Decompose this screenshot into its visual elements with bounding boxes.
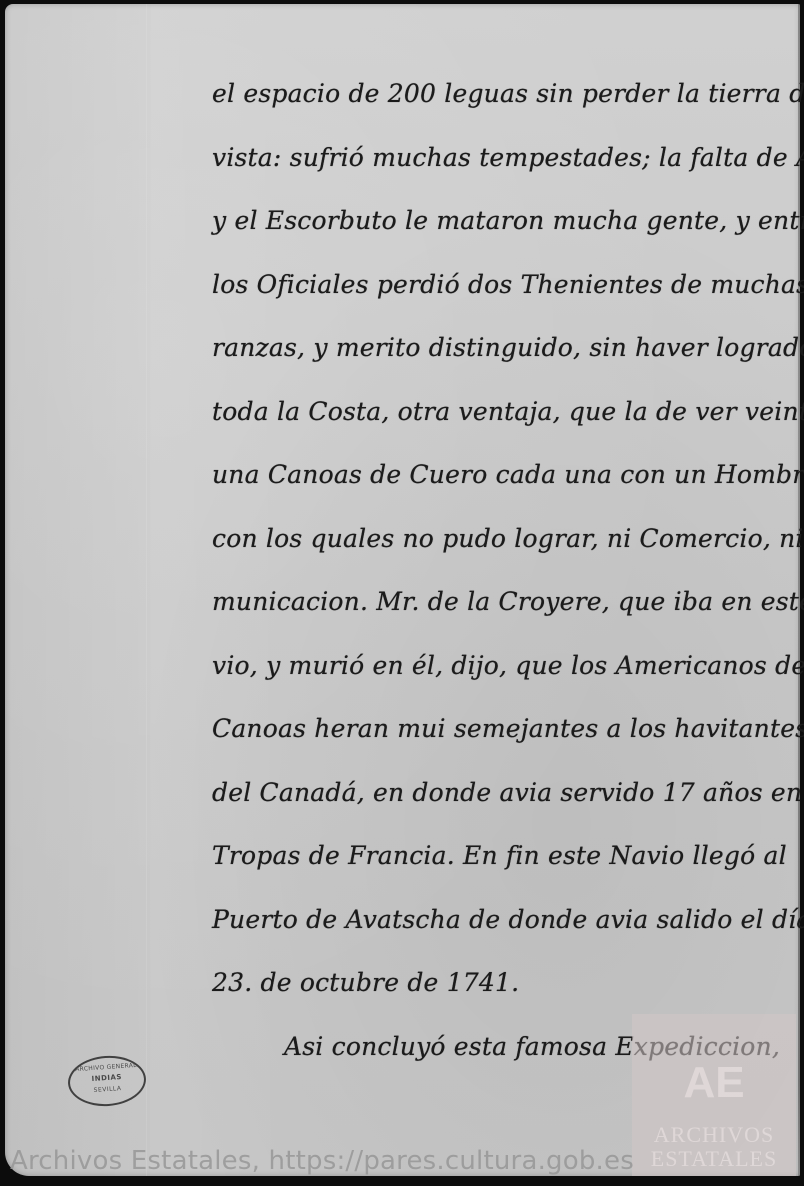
manuscript-line: y el Escorbuto le mataron mucha gente, y… (212, 199, 802, 263)
logo-mark-icon: AE (656, 1054, 772, 1112)
manuscript-line: toda la Costa, otra ventaja, que la de v… (212, 390, 802, 454)
manuscript-line: ranzas, y merito distinguido, sin haver … (212, 326, 802, 390)
manuscript-line: del Canadá, en donde avia servido 17 año… (212, 771, 802, 835)
manuscript-line: Canoas heran mui semejantes a los havita… (212, 707, 802, 771)
source-watermark: Archivos Estatales, https://pares.cultur… (10, 1146, 634, 1176)
logo-label-line1: ARCHIVOS (632, 1122, 796, 1148)
manuscript-line: municacion. Mr. de la Croyere, que iba e… (212, 580, 802, 644)
stamp-middle-text: INDIAS (70, 1071, 144, 1084)
paper-fold-line (146, 4, 147, 1176)
manuscript-text: el espacio de 200 leguas sin perder la t… (212, 72, 802, 1088)
manuscript-line: Puerto de Avatscha de donde avia salido … (212, 898, 802, 962)
manuscript-line: vista: sufrió muchas tempestades; la fal… (212, 136, 802, 200)
manuscript-line: el espacio de 200 leguas sin perder la t… (212, 72, 802, 136)
manuscript-line: Tropas de Francia. En fin este Navio lle… (212, 834, 802, 898)
stamp-bottom-text: SEVILLA (70, 1083, 144, 1095)
logo-label-line2: ESTATALES (632, 1146, 796, 1172)
manuscript-line: los Oficiales perdió dos Thenientes de m… (212, 263, 802, 327)
manuscript-line: vio, y murió en él, dijo, que los Americ… (212, 644, 802, 708)
manuscript-line: con los quales no pudo lograr, ni Comerc… (212, 517, 802, 581)
manuscript-line: una Canoas de Cuero cada una con un Homb… (212, 453, 802, 517)
archivos-estatales-logo: AE ARCHIVOS ESTATALES (632, 1014, 796, 1176)
scan-border (0, 1176, 804, 1186)
